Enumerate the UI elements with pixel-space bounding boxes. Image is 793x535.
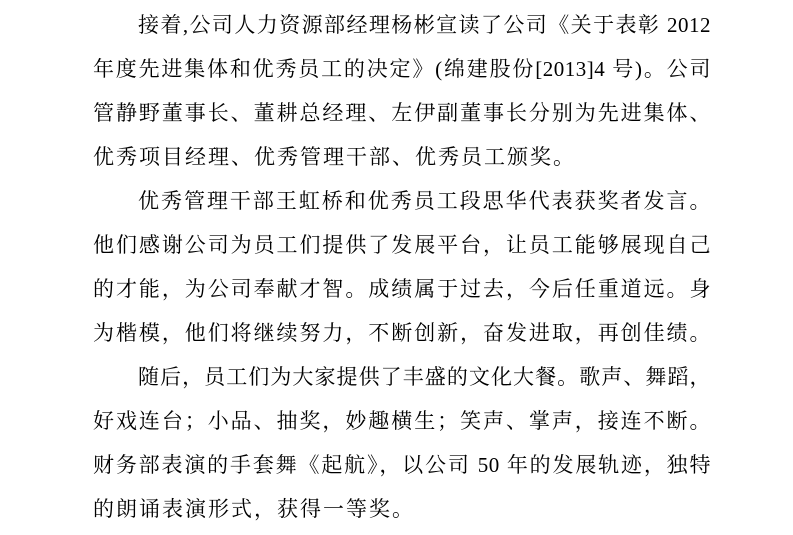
text-line: 的朗诵表演形式，获得一等奖。 bbox=[93, 487, 711, 531]
paragraph-1: 接着,公司人力资源部经理杨彬宣读了公司《关于表彰 2012年度先进集体和优秀员工… bbox=[93, 3, 711, 179]
paragraph-2: 优秀管理干部王虹桥和优秀员工段思华代表获奖者发言。他们感谢公司为员工们提供了发展… bbox=[93, 179, 711, 355]
text-line: 随后，员工们为大家提供了丰盛的文化大餐。歌声、舞蹈， bbox=[93, 355, 711, 399]
text-line: 优秀项目经理、优秀管理干部、优秀员工颁奖。 bbox=[93, 135, 711, 179]
text-line: 优秀管理干部王虹桥和优秀员工段思华代表获奖者发言。 bbox=[93, 179, 711, 223]
document-page: 接着,公司人力资源部经理杨彬宣读了公司《关于表彰 2012年度先进集体和优秀员工… bbox=[0, 0, 793, 535]
text-line: 他们感谢公司为员工们提供了发展平台，让员工能够展现自己 bbox=[93, 223, 711, 267]
text-line: 年度先进集体和优秀员工的决定》(绵建股份[2013]4 号)。公司 bbox=[93, 47, 711, 91]
text-line: 好戏连台；小品、抽奖，妙趣横生；笑声、掌声，接连不断。 bbox=[93, 399, 711, 443]
text-line: 的才能，为公司奉献才智。成绩属于过去，今后任重道远。身 bbox=[93, 267, 711, 311]
text-line: 为楷模，他们将继续努力，不断创新，奋发进取，再创佳绩。 bbox=[93, 311, 711, 355]
paragraph-3: 随后，员工们为大家提供了丰盛的文化大餐。歌声、舞蹈，好戏连台；小品、抽奖，妙趣横… bbox=[93, 355, 711, 531]
text-line: 财务部表演的手套舞《起航》，以公司 50 年的发展轨迹，独特 bbox=[93, 443, 711, 487]
text-block: 接着,公司人力资源部经理杨彬宣读了公司《关于表彰 2012年度先进集体和优秀员工… bbox=[93, 3, 711, 531]
text-line: 接着,公司人力资源部经理杨彬宣读了公司《关于表彰 2012 bbox=[93, 3, 711, 47]
text-line: 管静野董事长、董耕总经理、左伊副董事长分别为先进集体、 bbox=[93, 91, 711, 135]
